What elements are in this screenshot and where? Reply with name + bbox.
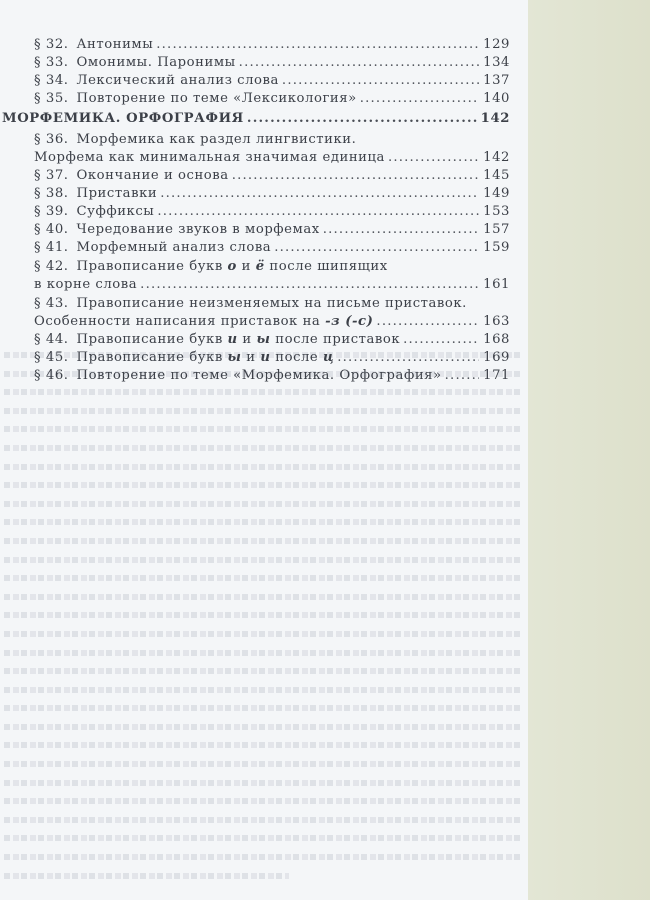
bleed-line — [4, 426, 522, 432]
bleed-line — [4, 445, 522, 451]
entry-title-part: и — [237, 259, 256, 274]
toc-entry-32: § 32.Антонимы 129 — [0, 36, 510, 54]
page-number: 149 — [482, 185, 510, 203]
bleed-line — [4, 519, 522, 525]
page-number: 169 — [482, 349, 510, 367]
leader-dots — [403, 331, 479, 349]
section-number: § 37. — [34, 168, 69, 183]
leader-dots — [274, 239, 479, 257]
entry-title-emphasis: ё — [256, 259, 265, 274]
leader-dots — [232, 167, 479, 185]
leader-dots — [445, 367, 479, 385]
bleed-line — [4, 687, 522, 693]
bleed-through-text — [4, 352, 522, 892]
bleed-line — [4, 854, 522, 860]
entry-title-part: Правописание букв — [77, 332, 228, 347]
bleed-line — [4, 631, 522, 637]
page-number: 171 — [482, 367, 510, 385]
bleed-line — [4, 538, 522, 544]
entry-title: Чередование звуков в морфемах — [77, 222, 320, 237]
entry-title-part: после приставок — [271, 332, 401, 347]
leader-dots — [140, 276, 479, 294]
book-cover-edge — [528, 0, 650, 900]
toc-entry-38: § 38.Приставки 149 — [0, 185, 510, 203]
entry-title: Приставки — [77, 186, 158, 201]
section-number: § 40. — [34, 222, 69, 237]
entry-title-part: Особенности написания приставок на — [34, 314, 325, 329]
leader-dots — [388, 149, 479, 167]
bleed-line — [4, 612, 522, 618]
toc-entry-37: § 37.Окончание и основа 145 — [0, 167, 510, 185]
toc-entry-36-line2: Морфема как минимальная значимая единица… — [0, 149, 510, 167]
bleed-line — [4, 761, 522, 767]
section-number: § 44. — [34, 332, 69, 347]
bleed-line — [4, 464, 522, 470]
entry-title-emphasis: ц — [323, 350, 334, 365]
entry-title: Морфемика как раздел лингвистики. — [77, 132, 357, 147]
entry-title: Морфемный анализ слова — [77, 240, 272, 255]
bleed-line — [4, 594, 522, 600]
bleed-line — [4, 835, 522, 841]
entry-title: Повторение по теме «Морфемика. Орфографи… — [77, 368, 442, 383]
entry-title: Омонимы. Паронимы — [77, 55, 236, 70]
page-number: 134 — [482, 54, 510, 72]
entry-title-emphasis: ы — [257, 332, 271, 347]
entry-title: Правописание неизменяемых на письме прис… — [77, 296, 467, 311]
entry-title: Антонимы — [77, 37, 154, 52]
leader-dots — [157, 203, 479, 221]
page-number: 142 — [481, 108, 510, 130]
entry-title: Повторение по теме «Лексикология» — [77, 91, 357, 106]
entry-title-emphasis: и — [228, 332, 238, 347]
section-number: § 36. — [34, 132, 69, 147]
section-number: § 42. — [34, 259, 69, 274]
leader-dots — [323, 221, 479, 239]
entry-title-part: после шипящих — [265, 259, 388, 274]
leader-dots — [360, 90, 479, 108]
leader-dots — [337, 349, 479, 367]
toc-entry-33: § 33.Омонимы. Паронимы 134 — [0, 54, 510, 72]
section-number: § 43. — [34, 296, 69, 311]
leader-dots — [239, 54, 479, 72]
page-number: 142 — [482, 149, 510, 167]
bleed-line — [4, 557, 522, 563]
entry-title: Лексический анализ слова — [77, 73, 279, 88]
leader-dots — [282, 72, 479, 90]
entry-title-emphasis: о — [228, 259, 237, 274]
bleed-line — [4, 389, 522, 395]
bleed-line — [4, 575, 522, 581]
bleed-line — [4, 780, 522, 786]
page-number: 129 — [482, 36, 510, 54]
bleed-line — [4, 873, 289, 879]
toc-entry-43-line1: § 43.Правописание неизменяемых на письме… — [0, 294, 510, 313]
page-number: 157 — [482, 221, 510, 239]
chapter-title: МОРФЕМИКА. ОРФОГРАФИЯ — [2, 108, 244, 130]
toc-entry-39: § 39.Суффиксы 153 — [0, 203, 510, 221]
leader-dots — [156, 36, 479, 54]
page-number: 161 — [482, 276, 510, 294]
toc-entry-42-line2: в корне слова 161 — [0, 276, 510, 294]
section-number: § 38. — [34, 186, 69, 201]
section-number: § 41. — [34, 240, 69, 255]
entry-title-emphasis: ы — [228, 350, 242, 365]
bleed-line — [4, 668, 522, 674]
entry-title-continued: в корне слова — [34, 276, 137, 294]
toc-entry-44: § 44.Правописание букв и и ы после прист… — [0, 331, 510, 349]
section-number: § 46. — [34, 368, 69, 383]
bleed-line — [4, 724, 522, 730]
bleed-line — [4, 742, 522, 748]
entry-title-emphasis: -з (-с) — [325, 314, 373, 329]
entry-title: Суффиксы — [77, 204, 155, 219]
entry-title-part: и — [238, 332, 257, 347]
entry-title-emphasis: и — [260, 350, 270, 365]
toc-entry-40: § 40.Чередование звуков в морфемах 157 — [0, 221, 510, 239]
toc-entry-45: § 45.Правописание букв ы и и после ц 169 — [0, 349, 510, 367]
entry-title-part: и — [242, 350, 261, 365]
section-number: § 34. — [34, 73, 69, 88]
toc-entry-35: § 35.Повторение по теме «Лексикология» 1… — [0, 90, 510, 108]
section-number: § 32. — [34, 37, 69, 52]
toc-entry-36-line1: § 36.Морфемика как раздел лингвистики. — [0, 130, 510, 149]
page-number: 168 — [482, 331, 510, 349]
entry-title-continued: Морфема как минимальная значимая единица — [34, 149, 385, 167]
bleed-line — [4, 501, 522, 507]
bleed-line — [4, 482, 522, 488]
page-number: 137 — [482, 72, 510, 90]
bleed-line — [4, 817, 522, 823]
toc-entry-46: § 46.Повторение по теме «Морфемика. Орфо… — [0, 367, 510, 385]
toc-entry-42-line1: § 42.Правописание букв о и ё после шипящ… — [0, 257, 510, 276]
bleed-line — [4, 650, 522, 656]
section-number: § 33. — [34, 55, 69, 70]
book-page: § 32.Антонимы 129 § 33.Омонимы. Паронимы… — [0, 0, 528, 900]
page-number: 153 — [482, 203, 510, 221]
page-number: 145 — [482, 167, 510, 185]
section-number: § 45. — [34, 350, 69, 365]
chapter-heading: МОРФЕМИКА. ОРФОГРАФИЯ 142 — [0, 108, 510, 130]
entry-title-part: Правописание букв — [77, 350, 228, 365]
bleed-line — [4, 705, 522, 711]
section-number: § 35. — [34, 91, 69, 106]
bleed-line — [4, 408, 522, 414]
toc-entry-41: § 41.Морфемный анализ слова 159 — [0, 239, 510, 257]
bleed-line — [4, 798, 522, 804]
toc-entry-34: § 34.Лексический анализ слова 137 — [0, 72, 510, 90]
leader-dots — [160, 185, 479, 203]
page-number: 163 — [482, 313, 510, 331]
section-number: § 39. — [34, 204, 69, 219]
page-number: 159 — [482, 239, 510, 257]
page-number: 140 — [482, 90, 510, 108]
table-of-contents: § 32.Антонимы 129 § 33.Омонимы. Паронимы… — [0, 36, 510, 385]
entry-title-part: после — [271, 350, 324, 365]
leader-dots — [376, 313, 479, 331]
entry-title-part: Правописание букв — [77, 259, 228, 274]
toc-entry-43-line2: Особенности написания приставок на -з (-… — [0, 313, 510, 331]
leader-dots — [247, 108, 478, 130]
entry-title: Окончание и основа — [77, 168, 229, 183]
